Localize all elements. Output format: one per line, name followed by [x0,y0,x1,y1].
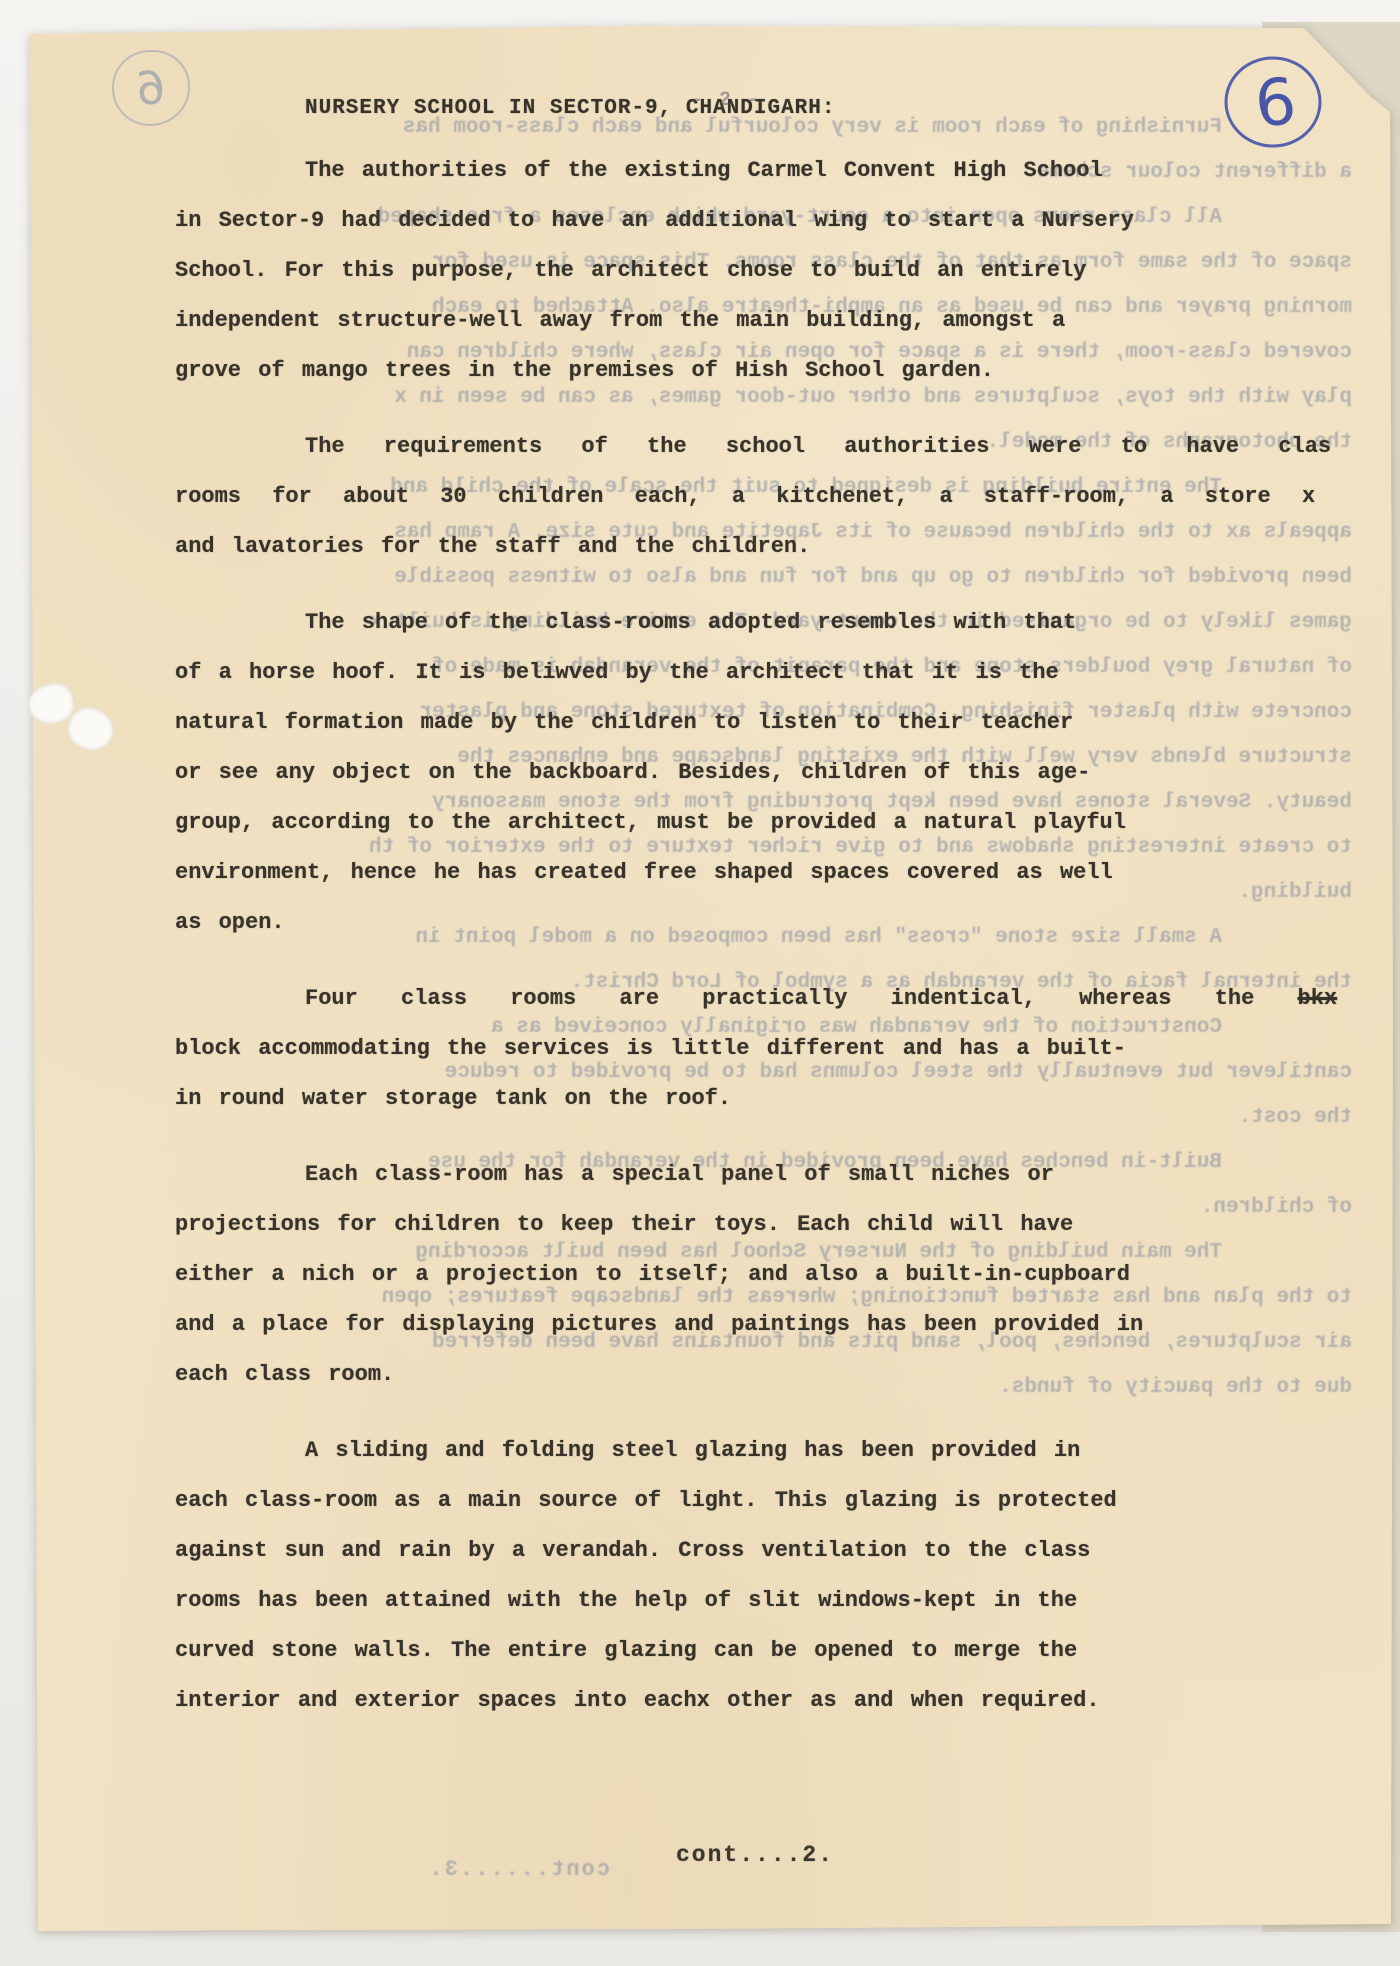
text-line: or see any object on the backboard. Besi… [175,748,1400,798]
pen-page-number-text: 6 [1251,65,1299,143]
text-line: rooms has been attained with the help of… [175,1576,1400,1626]
text-line: rooms for about 30 children each, a kitc… [175,472,1400,522]
text-line: Four class rooms are practically indenti… [175,974,1400,1024]
text-line: Each class-room has a special panel of s… [175,1150,1400,1200]
text-line: grove of mango trees in the premises of … [175,346,1400,396]
struck-out-text: bkx [1298,986,1338,1011]
text-line: projections for children to keep their t… [175,1200,1400,1250]
typewritten-content: - 2 - NURSERY SCHOOL IN SECTOR-9, CHANDI… [175,84,1400,1726]
text-line: School. For this purpose, the architect … [175,246,1400,296]
text-line: either a nich or a projection to itself;… [175,1250,1400,1300]
scanned-document-page: { "document": { "page_label_top": "- 2 -… [0,0,1400,1966]
text-line: as open. [175,898,1400,948]
text-line: natural formation made by the children t… [175,698,1400,748]
text-line: A sliding and folding steel glazing has … [175,1426,1400,1476]
bleedthrough-page-number-text: 6 [133,59,170,117]
text-line: curved stone walls. The entire glazing c… [175,1626,1400,1676]
text-line: each class room. [175,1350,1400,1400]
text-line: The requirements of the school authoriti… [175,422,1400,472]
text-line: in Sector-9 had decided to have an addit… [175,196,1400,246]
text-line: block accommodating the services is litt… [175,1024,1400,1074]
page-number-header: - 2 - [691,76,761,126]
text-line: interior and exterior spaces into eachx … [175,1676,1400,1726]
text-line: The authorities of the existing Carmel C… [175,146,1400,196]
circled-page-number-annotation: 6 [1218,50,1328,156]
continuation-note: cont....2. [676,1842,834,1868]
text-line: group, according to the architect, must … [175,798,1400,848]
body-text: The authorities of the existing Carmel C… [175,146,1400,1726]
text-line: independent structure-well away from the… [175,296,1400,346]
document-title: NURSERY SCHOOL IN SECTOR-9, CHANDIGARH: [175,84,1400,134]
text-line: The shape of the class-rooms adopted res… [175,598,1400,648]
text-line: and a place for displaying pictures and … [175,1300,1400,1350]
text-line: each class-room as a main source of ligh… [175,1476,1400,1526]
text-line: of a horse hoof. It is beliwved by the a… [175,648,1400,698]
text-line: in round water storage tank on the roof. [175,1074,1400,1124]
text-line: environment, hence he has created free s… [175,848,1400,898]
text-line: and lavatories for the staff and the chi… [175,522,1400,572]
text-line: against sun and rain by a verandah. Cros… [175,1526,1400,1576]
